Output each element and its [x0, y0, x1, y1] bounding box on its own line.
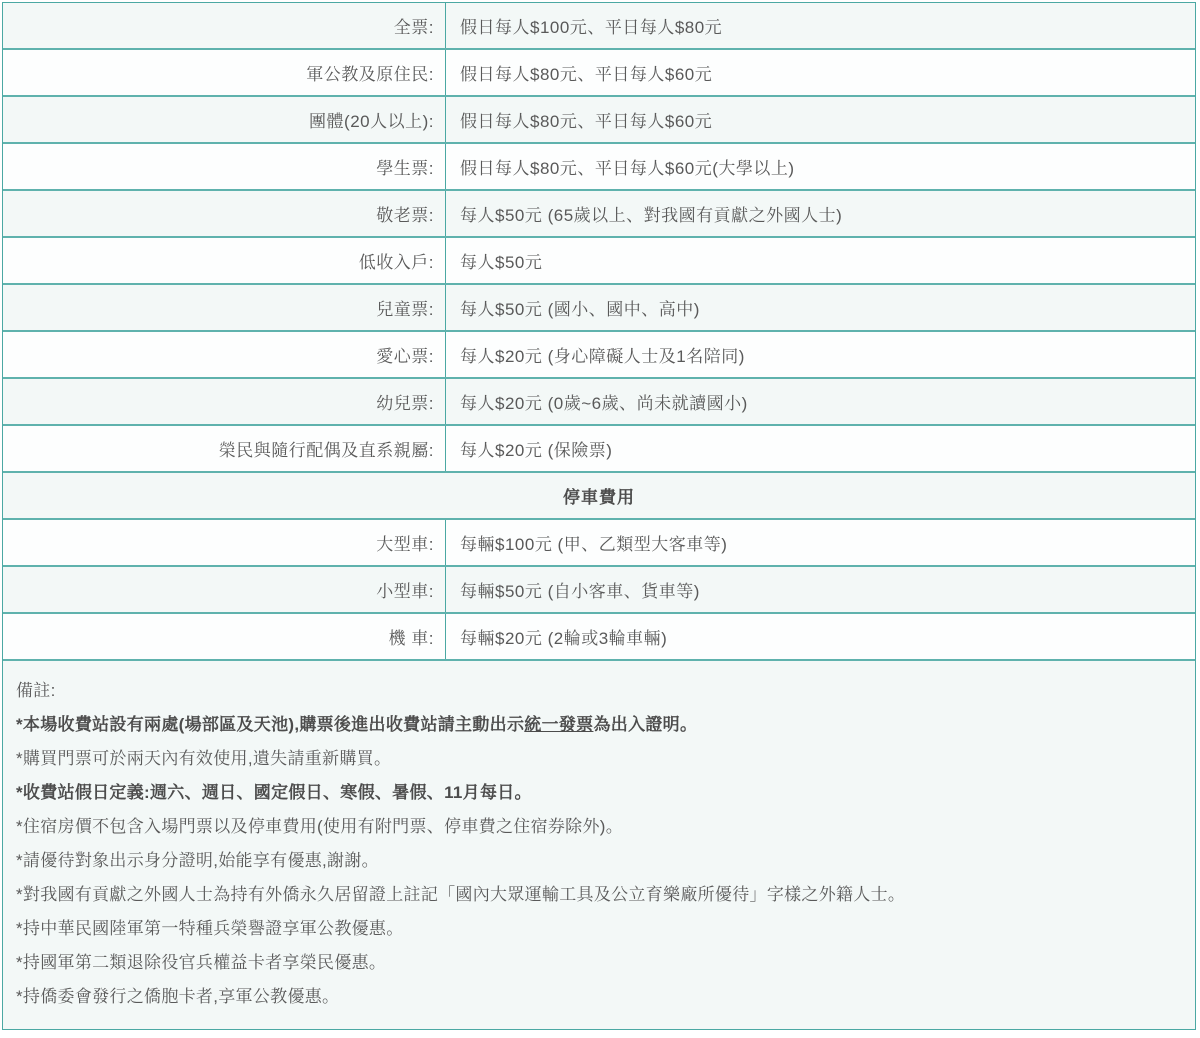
note-text: *持僑委會發行之僑胞卡者,享軍公教優惠。: [16, 987, 339, 1006]
ticket-row: 兒童票:每人$50元 (國小、國中、高中): [3, 285, 1195, 332]
ticket-row-label: 兒童票:: [3, 285, 446, 330]
parking-row-value: 每輛$20元 (2輪或3輪車輛): [446, 614, 1195, 659]
price-table: 全票:假日每人$100元、平日每人$80元軍公教及原住民:假日每人$80元、平日…: [2, 2, 1196, 1030]
ticket-row-value: 每人$20元 (0歲~6歲、尚未就讀國小): [446, 379, 1195, 424]
ticket-row-value: 每人$50元: [446, 238, 1195, 283]
notes-title: 備註:: [16, 674, 1181, 708]
ticket-row-label: 學生票:: [3, 144, 446, 189]
ticket-row-label: 愛心票:: [3, 332, 446, 377]
parking-section-header: 停車費用: [3, 473, 1195, 520]
ticket-row: 全票:假日每人$100元、平日每人$80元: [3, 3, 1195, 50]
ticket-row: 團體(20人以上):假日每人$80元、平日每人$60元: [3, 97, 1195, 144]
ticket-row-value: 假日每人$80元、平日每人$60元: [446, 97, 1195, 142]
ticket-row: 低收入戶:每人$50元: [3, 238, 1195, 285]
note-line: *持國軍第二類退除役官兵權益卡者享榮民優惠。: [16, 946, 1181, 980]
ticket-row-label: 敬老票:: [3, 191, 446, 236]
note-line: *請優待對象出示身分證明,始能享有優惠,謝謝。: [16, 844, 1181, 878]
note-text: *收費站假日定義:週六、週日、國定假日、寒假、暑假、11月每日。: [16, 783, 532, 802]
ticket-row: 軍公教及原住民:假日每人$80元、平日每人$60元: [3, 50, 1195, 97]
note-line: *持僑委會發行之僑胞卡者,享軍公教優惠。: [16, 980, 1181, 1014]
parking-row-value: 每輛$50元 (自小客車、貨車等): [446, 567, 1195, 612]
ticket-row-label: 幼兒票:: [3, 379, 446, 424]
parking-rows-container: 大型車:每輛$100元 (甲、乙類型大客車等)小型車:每輛$50元 (自小客車、…: [3, 520, 1195, 661]
ticket-row-label: 團體(20人以上):: [3, 97, 446, 142]
parking-row: 小型車:每輛$50元 (自小客車、貨車等): [3, 567, 1195, 614]
note-text: *住宿房價不包含入場門票以及停車費用(使用有附門票、停車費之住宿券除外)。: [16, 817, 623, 836]
note-line: *購買門票可於兩天內有效使用,遺失請重新購買。: [16, 742, 1181, 776]
note-line: *住宿房價不包含入場門票以及停車費用(使用有附門票、停車費之住宿券除外)。: [16, 810, 1181, 844]
ticket-row: 學生票:假日每人$80元、平日每人$60元(大學以上): [3, 144, 1195, 191]
note-underlined-text: 統一發票: [524, 715, 593, 734]
ticket-row-label: 低收入戶:: [3, 238, 446, 283]
ticket-row: 敬老票:每人$50元 (65歲以上、對我國有貢獻之外國人士): [3, 191, 1195, 238]
notes-section: 備註: *本場收費站設有兩處(場部區及天池),購票後進出收費站請主動出示統一發票…: [3, 661, 1195, 1029]
ticket-row-value: 假日每人$100元、平日每人$80元: [446, 3, 1195, 48]
note-text: *對我國有貢獻之外國人士為持有外僑永久居留證上註記「國內大眾運輸工具及公立育樂廠…: [16, 885, 905, 904]
parking-section-title: 停車費用: [563, 483, 635, 508]
ticket-row-value: 每人$50元 (國小、國中、高中): [446, 285, 1195, 330]
ticket-row: 榮民與隨行配偶及直系親屬:每人$20元 (保險票): [3, 426, 1195, 473]
ticket-row-value: 假日每人$80元、平日每人$60元: [446, 50, 1195, 95]
ticket-row-label: 全票:: [3, 3, 446, 48]
ticket-row-value: 每人$20元 (身心障礙人士及1名陪同): [446, 332, 1195, 377]
note-line: *對我國有貢獻之外國人士為持有外僑永久居留證上註記「國內大眾運輸工具及公立育樂廠…: [16, 878, 1181, 912]
note-text: *本場收費站設有兩處(場部區及天池),購票後進出收費站請主動出示: [16, 715, 524, 734]
parking-row: 大型車:每輛$100元 (甲、乙類型大客車等): [3, 520, 1195, 567]
parking-row-label: 小型車:: [3, 567, 446, 612]
note-text: *持國軍第二類退除役官兵權益卡者享榮民優惠。: [16, 953, 386, 972]
notes-list: *本場收費站設有兩處(場部區及天池),購票後進出收費站請主動出示統一發票為出入證…: [16, 708, 1181, 1014]
parking-row-value: 每輛$100元 (甲、乙類型大客車等): [446, 520, 1195, 565]
note-line: *持中華民國陸軍第一特種兵榮譽證享軍公教優惠。: [16, 912, 1181, 946]
parking-row-label: 大型車:: [3, 520, 446, 565]
ticket-row-label: 軍公教及原住民:: [3, 50, 446, 95]
ticket-row-value: 假日每人$80元、平日每人$60元(大學以上): [446, 144, 1195, 189]
parking-row-label: 機 車:: [3, 614, 446, 659]
note-line: *收費站假日定義:週六、週日、國定假日、寒假、暑假、11月每日。: [16, 776, 1181, 810]
ticket-row: 愛心票:每人$20元 (身心障礙人士及1名陪同): [3, 332, 1195, 379]
ticket-rows-container: 全票:假日每人$100元、平日每人$80元軍公教及原住民:假日每人$80元、平日…: [3, 3, 1195, 473]
note-line: *本場收費站設有兩處(場部區及天池),購票後進出收費站請主動出示統一發票為出入證…: [16, 708, 1181, 742]
parking-row: 機 車:每輛$20元 (2輪或3輪車輛): [3, 614, 1195, 661]
note-text: 為出入證明。: [593, 715, 697, 734]
ticket-row-value: 每人$50元 (65歲以上、對我國有貢獻之外國人士): [446, 191, 1195, 236]
note-text: *持中華民國陸軍第一特種兵榮譽證享軍公教優惠。: [16, 919, 404, 938]
note-text: *購買門票可於兩天內有效使用,遺失請重新購買。: [16, 749, 391, 768]
ticket-row-label: 榮民與隨行配偶及直系親屬:: [3, 426, 446, 471]
page: 全票:假日每人$100元、平日每人$80元軍公教及原住民:假日每人$80元、平日…: [0, 0, 1200, 1038]
ticket-row: 幼兒票:每人$20元 (0歲~6歲、尚未就讀國小): [3, 379, 1195, 426]
ticket-row-value: 每人$20元 (保險票): [446, 426, 1195, 471]
note-text: *請優待對象出示身分證明,始能享有優惠,謝謝。: [16, 851, 379, 870]
